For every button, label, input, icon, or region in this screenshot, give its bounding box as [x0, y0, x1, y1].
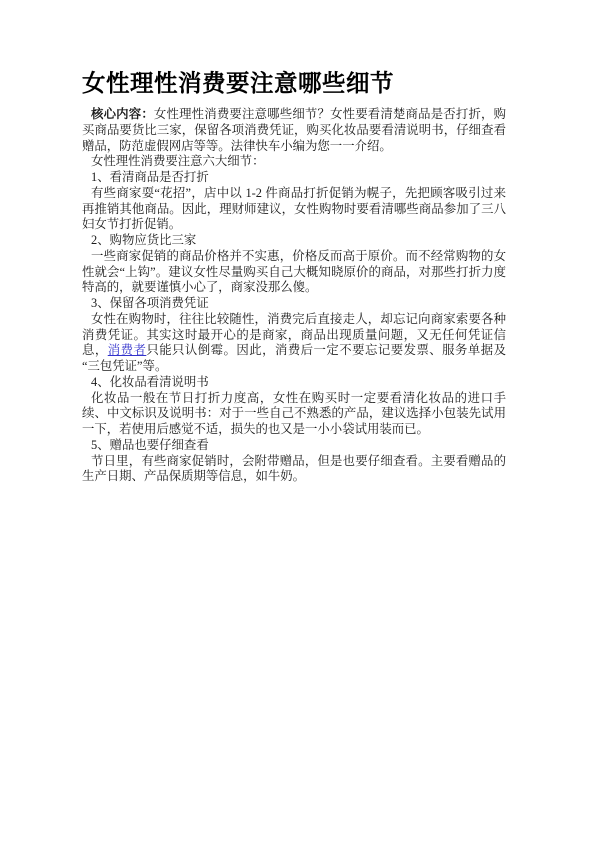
- section-3-body: 女性在购物时，往往比较随性，消费完后直接走人，却忘记向商家索要各种消费凭证。其实…: [82, 312, 506, 375]
- intro-paragraph: 核心内容：女性理性消费要注意哪些细节？女性要看清楚商品是否打折，购买商品要货比三…: [82, 107, 506, 154]
- section-5-body: 节日里，有些商家促销时，会附带赠品，但是也要仔细查看。主要看赠品的生产日期、产品…: [82, 454, 506, 486]
- section-4-heading: 4、化妆品看清说明书: [82, 375, 506, 391]
- intro-label: 核心内容：: [91, 107, 154, 121]
- section-3-heading: 3、保留各项消费凭证: [82, 296, 506, 312]
- subtitle: 女性理性消费要注意六大细节：: [82, 154, 506, 170]
- section-4-body: 化妆品一般在节日打折力度高，女性在购买时一定要看清化妆品的进口手续、中文标识及说…: [82, 391, 506, 438]
- section-3-body-after: 只能只认倒霉。因此，消费后一定不要忘记要发票、服务单据及“三包凭证”等。: [82, 343, 506, 373]
- section-5-heading: 5、赠品也要仔细查看: [82, 438, 506, 454]
- document-content: 女性理性消费要注意哪些细节 核心内容：女性理性消费要注意哪些细节？女性要看清楚商…: [82, 68, 506, 485]
- document-page: 女性理性消费要注意哪些细节 核心内容：女性理性消费要注意哪些细节？女性要看清楚商…: [0, 0, 595, 842]
- section-1-heading: 1、看清商品是否打折: [82, 170, 506, 186]
- consumer-link[interactable]: 消费者: [108, 343, 147, 357]
- section-1-body: 有些商家耍“花招”，店中以 1-2 件商品打折促销为幌子，先把顾客吸引过来再推销…: [82, 186, 506, 233]
- page-title: 女性理性消费要注意哪些细节: [82, 68, 506, 100]
- section-2-body: 一些商家促销的商品价格并不实惠，价格反而高于原价。而不经常购物的女性就会“上钩”…: [82, 249, 506, 296]
- section-2-heading: 2、购物应货比三家: [82, 233, 506, 249]
